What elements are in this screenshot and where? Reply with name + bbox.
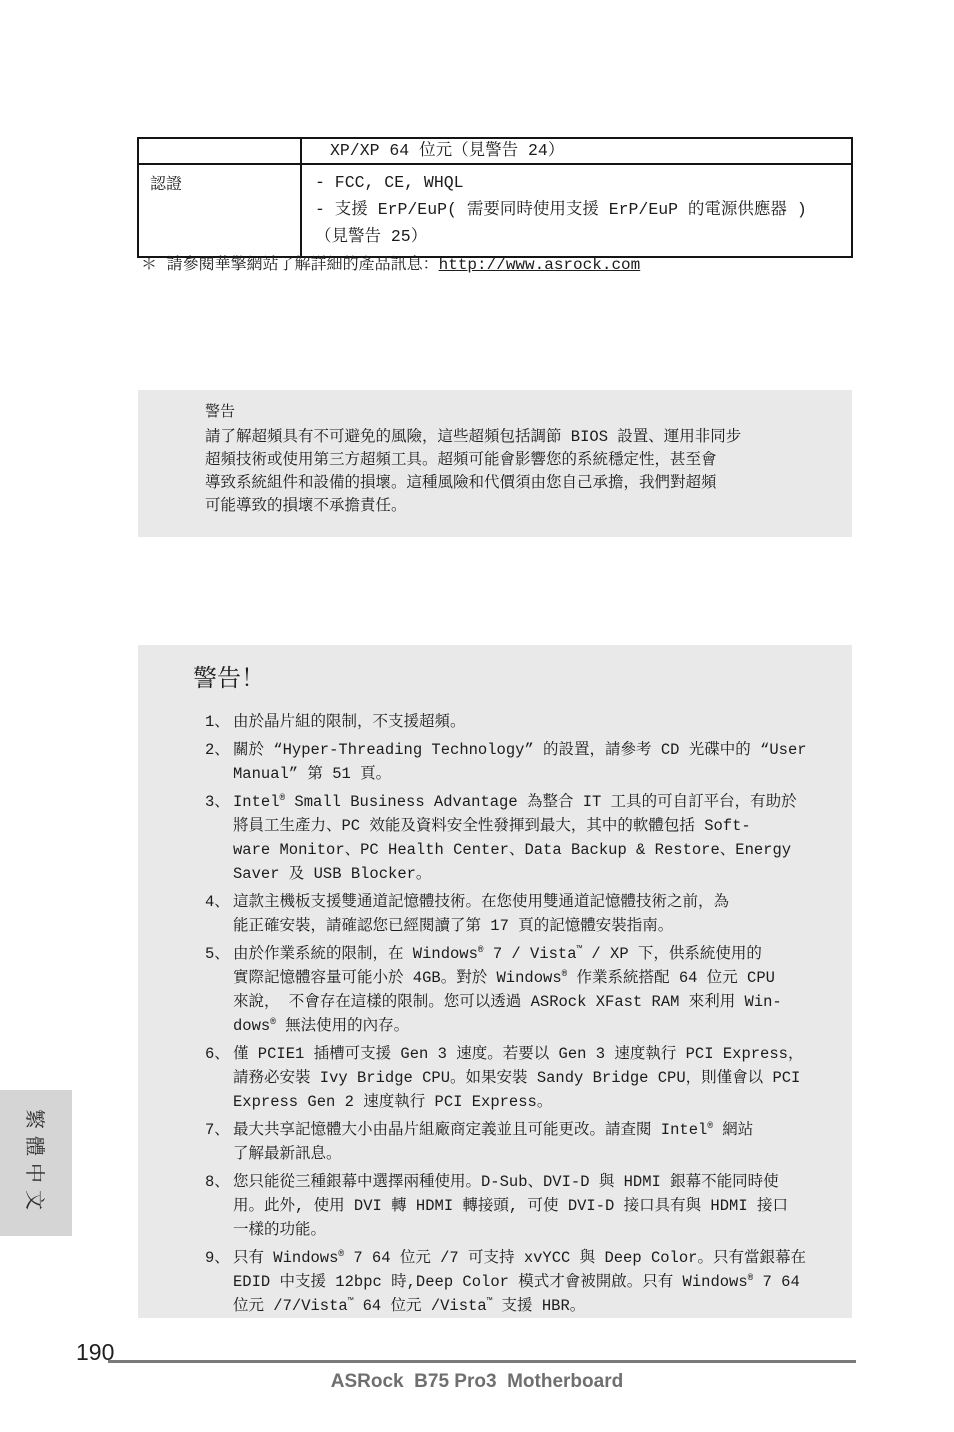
language-tab-label: 繁體中文 [21,1109,51,1217]
manual-page: XP/XP 64 位元（見警告 24） 認證 - FCC, CE, WHQL -… [0,0,954,1432]
table-value-line: XP/XP 64 位元（見警告 24） [330,140,847,162]
caution-body: 請了解超頻具有不可避免的風險，這些超頻包括調節 BIOS 設置、運用非同步 超頻… [205,426,830,518]
caution-title: 警告 [205,400,830,421]
warning-item: 6、 僅 PCIE1 插槽可支援 Gen 3 速度。若要以 Gen 3 速度執行… [193,1042,838,1114]
footer-rule [108,1360,856,1363]
item-text: 只有 Windows® 7 64 位元 /7 可支持 xvYCC 與 Deep … [233,1246,838,1318]
warning-item: 1、 由於晶片組的限制，不支援超頻。 [193,710,838,734]
item-number: 4、 [193,890,233,938]
warning-item: 2、 關於 “Hyper-Threading Technology” 的設置，請… [193,738,838,786]
item-number: 8、 [193,1170,233,1242]
language-tab: 繁體中文 [0,1090,72,1236]
table-value-line: - 支援 ErP/EuP( 需要同時使用支援 ErP/EuP 的電源供應器 ) [315,196,847,223]
item-text: 關於 “Hyper-Threading Technology” 的設置，請參考 … [233,738,838,786]
item-text: 由於晶片組的限制，不支援超頻。 [233,710,838,734]
warning-item: 7、 最大共享記憶體大小由晶片組廠商定義並且可能更改。請查閱 Intel® 網站… [193,1118,838,1166]
table-cell-value: XP/XP 64 位元（見警告 24） [302,139,851,163]
table-row: 認證 - FCC, CE, WHQL - 支援 ErP/EuP( 需要同時使用支… [139,163,851,256]
table-cell-label: 認證 [139,165,302,256]
table-cell-value: - FCC, CE, WHQL - 支援 ErP/EuP( 需要同時使用支援 E… [302,165,851,256]
warning-item: 4、 這款主機板支援雙通道記憶體技術。在您使用雙通道記憶體技術之前，為 能正確安… [193,890,838,938]
warning-box: 警告！ 1、 由於晶片組的限制，不支援超頻。 2、 關於 “Hyper-Thre… [138,645,852,1318]
item-number: 2、 [193,738,233,786]
warning-item: 3、 Intel® Small Business Advantage 為整合 I… [193,790,838,886]
item-text: 這款主機板支援雙通道記憶體技術。在您使用雙通道記憶體技術之前，為 能正確安裝，請… [233,890,838,938]
table-value-line: - FCC, CE, WHQL [315,169,847,196]
warning-list: 1、 由於晶片組的限制，不支援超頻。 2、 關於 “Hyper-Threadin… [193,710,838,1318]
warning-item: 8、 您只能從三種銀幕中選擇兩種使用。D-Sub、DVI-D 與 HDMI 銀幕… [193,1170,838,1242]
table-value-line: （見警告 25） [315,223,847,250]
warning-item: 5、 由於作業系統的限制，在 Windows® 7 / Vista™ / XP … [193,942,838,1038]
item-number: 7、 [193,1118,233,1166]
warning-title: 警告！ [193,658,838,694]
spec-table: XP/XP 64 位元（見警告 24） 認證 - FCC, CE, WHQL -… [137,137,853,258]
item-number: 5、 [193,942,233,1038]
product-note-text: ＊ 請參閱華擎網站了解詳細的產品訊息： [141,256,439,274]
asrock-url-link[interactable]: http://www.asrock.com [439,256,641,274]
item-text: 由於作業系統的限制，在 Windows® 7 / Vista™ / XP 下，供… [233,942,838,1038]
item-number: 9、 [193,1246,233,1318]
item-number: 6、 [193,1042,233,1114]
item-text: 最大共享記憶體大小由晶片組廠商定義並且可能更改。請查閱 Intel® 網站 了解… [233,1118,838,1166]
item-number: 3、 [193,790,233,886]
item-text: 您只能從三種銀幕中選擇兩種使用。D-Sub、DVI-D 與 HDMI 銀幕不能同… [233,1170,838,1242]
table-row: XP/XP 64 位元（見警告 24） [139,139,851,163]
warning-item: 9、 只有 Windows® 7 64 位元 /7 可支持 xvYCC 與 De… [193,1246,838,1318]
table-cell-label [139,139,302,163]
item-text: 僅 PCIE1 插槽可支援 Gen 3 速度。若要以 Gen 3 速度執行 PC… [233,1042,838,1114]
footer-title: ASRock B75 Pro3 Motherboard [0,1371,954,1393]
item-text: Intel® Small Business Advantage 為整合 IT 工… [233,790,838,886]
caution-box: 警告 請了解超頻具有不可避免的風險，這些超頻包括調節 BIOS 設置、運用非同步… [138,390,852,537]
product-note: ＊ 請參閱華擎網站了解詳細的產品訊息：http://www.asrock.com [141,251,640,274]
item-number: 1、 [193,710,233,734]
